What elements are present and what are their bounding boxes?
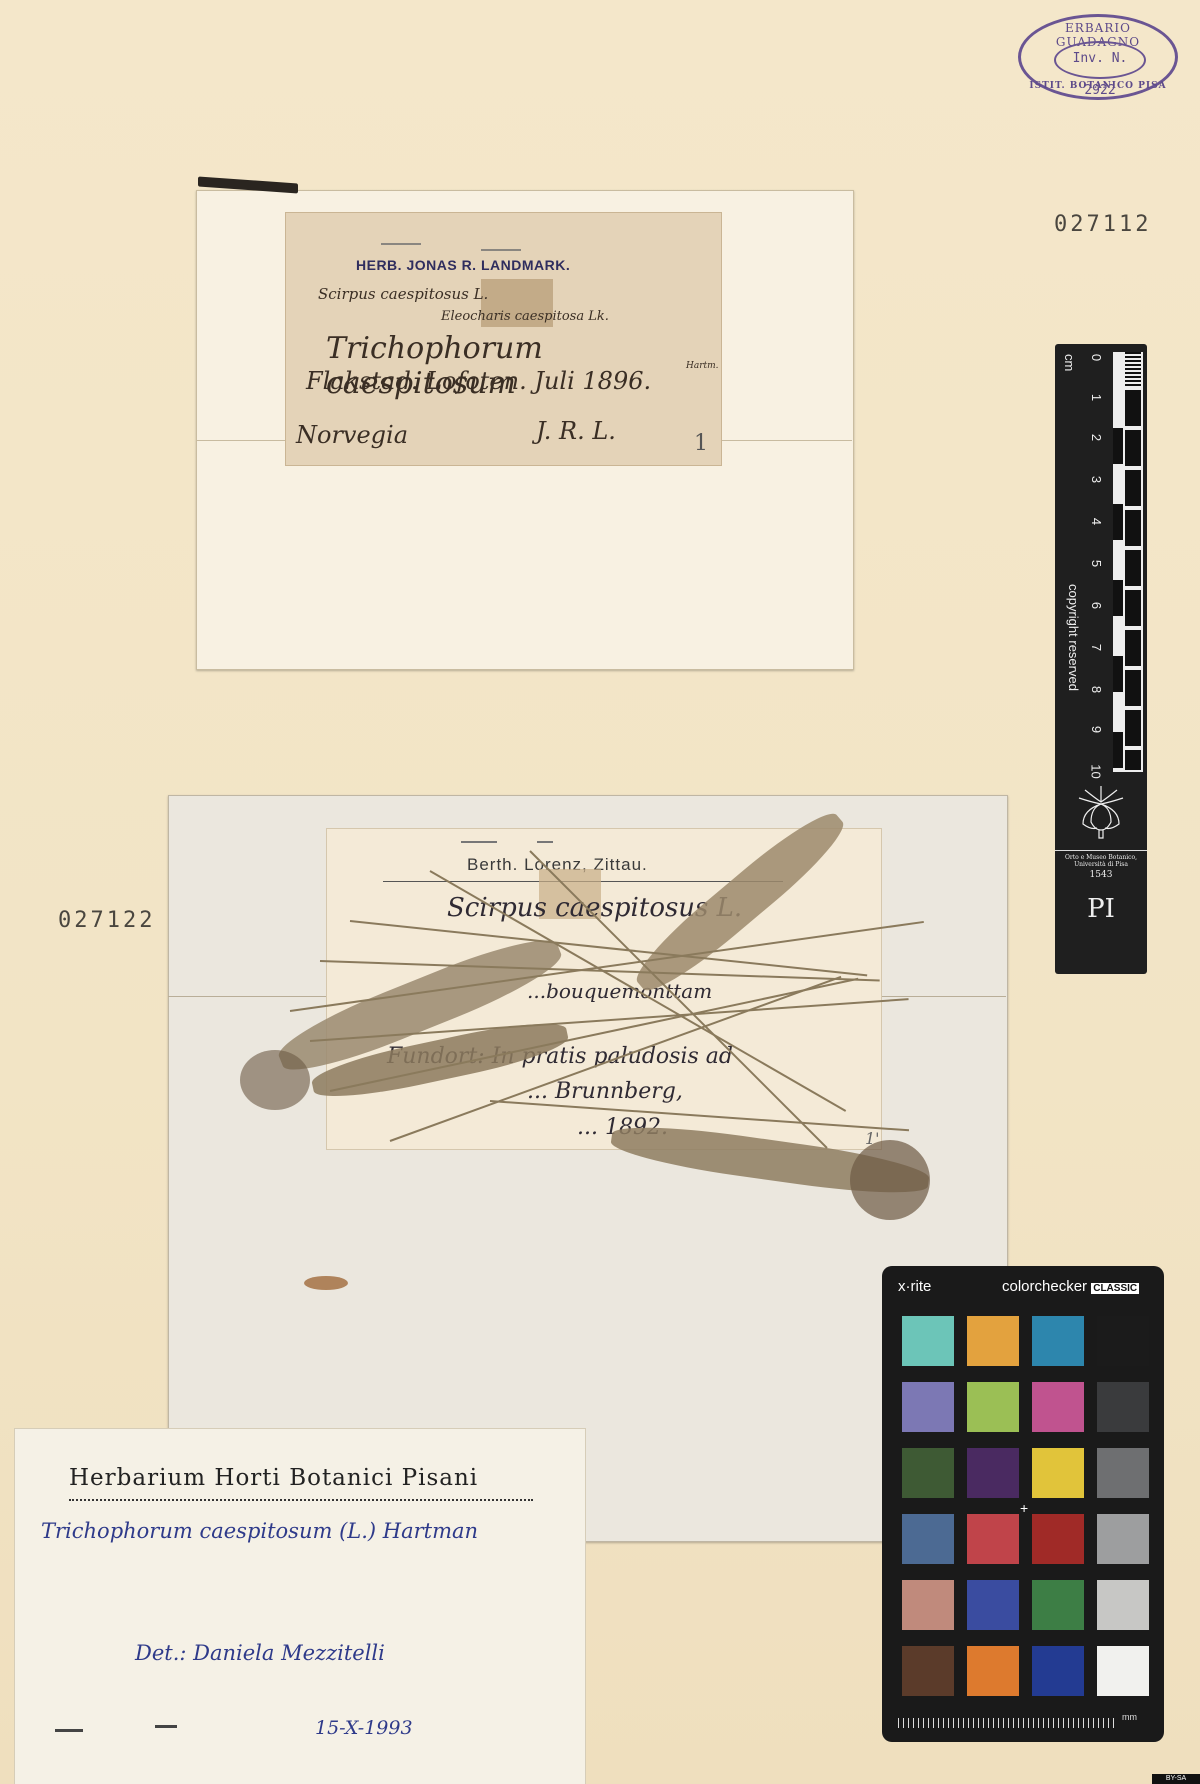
staple-mark: [55, 1729, 83, 1732]
license-badge: BY-SA: [1152, 1774, 1200, 1784]
color-patch: [1032, 1646, 1084, 1696]
author-note: Hartm.: [686, 361, 719, 371]
tick-label: 7: [1089, 644, 1104, 651]
color-patch: [1097, 1316, 1149, 1366]
color-patch: [967, 1382, 1019, 1432]
tick-label: 8: [1089, 686, 1104, 693]
color-patch: [1032, 1514, 1084, 1564]
catalog-number-upper: 027112: [1054, 212, 1151, 237]
color-patch: [1097, 1514, 1149, 1564]
logo-rule: [1055, 850, 1147, 851]
tick-label: 10: [1089, 764, 1104, 778]
color-patch: [902, 1580, 954, 1630]
staple-mark: [481, 249, 521, 251]
pisa-determiner: Det.: Daniela Mezzitelli: [135, 1641, 385, 1665]
pisa-printed-header: Herbarium Horti Botanici Pisani: [69, 1465, 478, 1491]
stamp-bottom-text: ISTIT. BOTANICO PISA: [1021, 81, 1175, 91]
country: Norvegia: [296, 421, 408, 449]
pisa-det-date: 15-X-1993: [315, 1717, 413, 1739]
color-patch: [902, 1382, 954, 1432]
specimen-roots: [850, 1140, 930, 1220]
staple-mark: [155, 1725, 177, 1728]
color-patch: [902, 1316, 954, 1366]
institution-year: 1543: [1055, 870, 1147, 880]
color-patch: [1032, 1580, 1084, 1630]
landmark-label: HERB. JONAS R. LANDMARK. Scirpus caespit…: [285, 212, 722, 466]
color-patch: [1097, 1382, 1149, 1432]
landmark-printed-header: HERB. JONAS R. LANDMARK.: [356, 257, 570, 273]
copyright-text: copyright reserved: [1066, 584, 1081, 691]
staple-mark: [381, 243, 421, 245]
tick-label: 9: [1089, 726, 1104, 733]
tick-label: 4: [1089, 518, 1104, 525]
color-patch: [967, 1448, 1019, 1498]
color-patch: [902, 1646, 954, 1696]
tick-label: 1: [1089, 394, 1104, 401]
mm-unit: mm: [1122, 1712, 1137, 1722]
mm-scale: [898, 1718, 1116, 1728]
collector-initials: J. R. L.: [536, 417, 616, 445]
fritillaria-logo-icon: [1075, 784, 1127, 844]
specimen-roots: [240, 1050, 310, 1110]
color-checker-card: x·rite colorchecker CLASSIC + mm: [882, 1266, 1164, 1742]
mm-ticks: [1125, 352, 1141, 386]
product-name: colorchecker: [1002, 1278, 1087, 1295]
color-patch: [967, 1514, 1019, 1564]
color-patch: [1032, 1448, 1084, 1498]
tick-label: 0: [1089, 354, 1104, 361]
herbarium-sheet: ERBARIO GUADAGNO Inv. N. 2922 ISTIT. BOT…: [0, 0, 1200, 1784]
tick-label: 3: [1089, 476, 1104, 483]
tick-label: 6: [1089, 602, 1104, 609]
color-patch: [1097, 1580, 1149, 1630]
color-patch: [1097, 1448, 1149, 1498]
stamp-inventory: Inv. N. 2922: [1054, 41, 1146, 79]
cm-blocks: [1125, 390, 1141, 770]
color-patch: [1032, 1316, 1084, 1366]
synonym-line-1: Scirpus caespitosus L.: [318, 285, 488, 303]
stem: [490, 1100, 909, 1131]
plant-specimen: [230, 840, 950, 1320]
header-dotted-rule: [69, 1499, 533, 1501]
color-patch: [902, 1514, 954, 1564]
color-patch: [1097, 1646, 1149, 1696]
stem: [290, 921, 924, 1012]
xrite-logo: x·rite: [898, 1278, 931, 1295]
stem: [529, 850, 827, 1148]
synonym-line-2: Eleocharis caespitosa Lk.: [441, 309, 609, 324]
color-patch: [967, 1580, 1019, 1630]
color-patch: [902, 1448, 954, 1498]
scale-bar: cm 0 1 2 3 4 5 6 7 8 9 10 copyright rese…: [1055, 344, 1147, 974]
alt-blocks: [1113, 428, 1123, 768]
scale-unit: cm: [1062, 354, 1077, 371]
locality-date: Flakstad. Lofoten. Juli 1896.: [306, 367, 651, 395]
tick-label: 5: [1089, 560, 1104, 567]
color-patch: [967, 1646, 1019, 1696]
colorchecker-title: colorchecker CLASSIC: [1002, 1278, 1139, 1295]
pisa-determination: Trichophorum caespitosum (L.) Hartman: [41, 1519, 478, 1543]
institution-name: Orto e Museo Botanico, Università di Pis…: [1059, 854, 1143, 868]
color-patch: [967, 1316, 1019, 1366]
herbarium-code: PI: [1055, 894, 1147, 924]
edition-badge: CLASSIC: [1091, 1283, 1139, 1294]
color-patch: [1032, 1382, 1084, 1432]
catalog-number-lower: 027122: [58, 908, 155, 933]
pisa-determination-label: Herbarium Horti Botanici Pisani Trichoph…: [14, 1428, 586, 1784]
scale-ticks-bar: [1113, 352, 1143, 772]
sheet-mark: 1: [694, 431, 708, 456]
crosshair-icon: +: [1020, 1500, 1028, 1516]
tick-label: 2: [1089, 434, 1104, 441]
stain: [304, 1276, 348, 1290]
inventory-stamp: ERBARIO GUADAGNO Inv. N. 2922 ISTIT. BOT…: [1018, 14, 1178, 100]
